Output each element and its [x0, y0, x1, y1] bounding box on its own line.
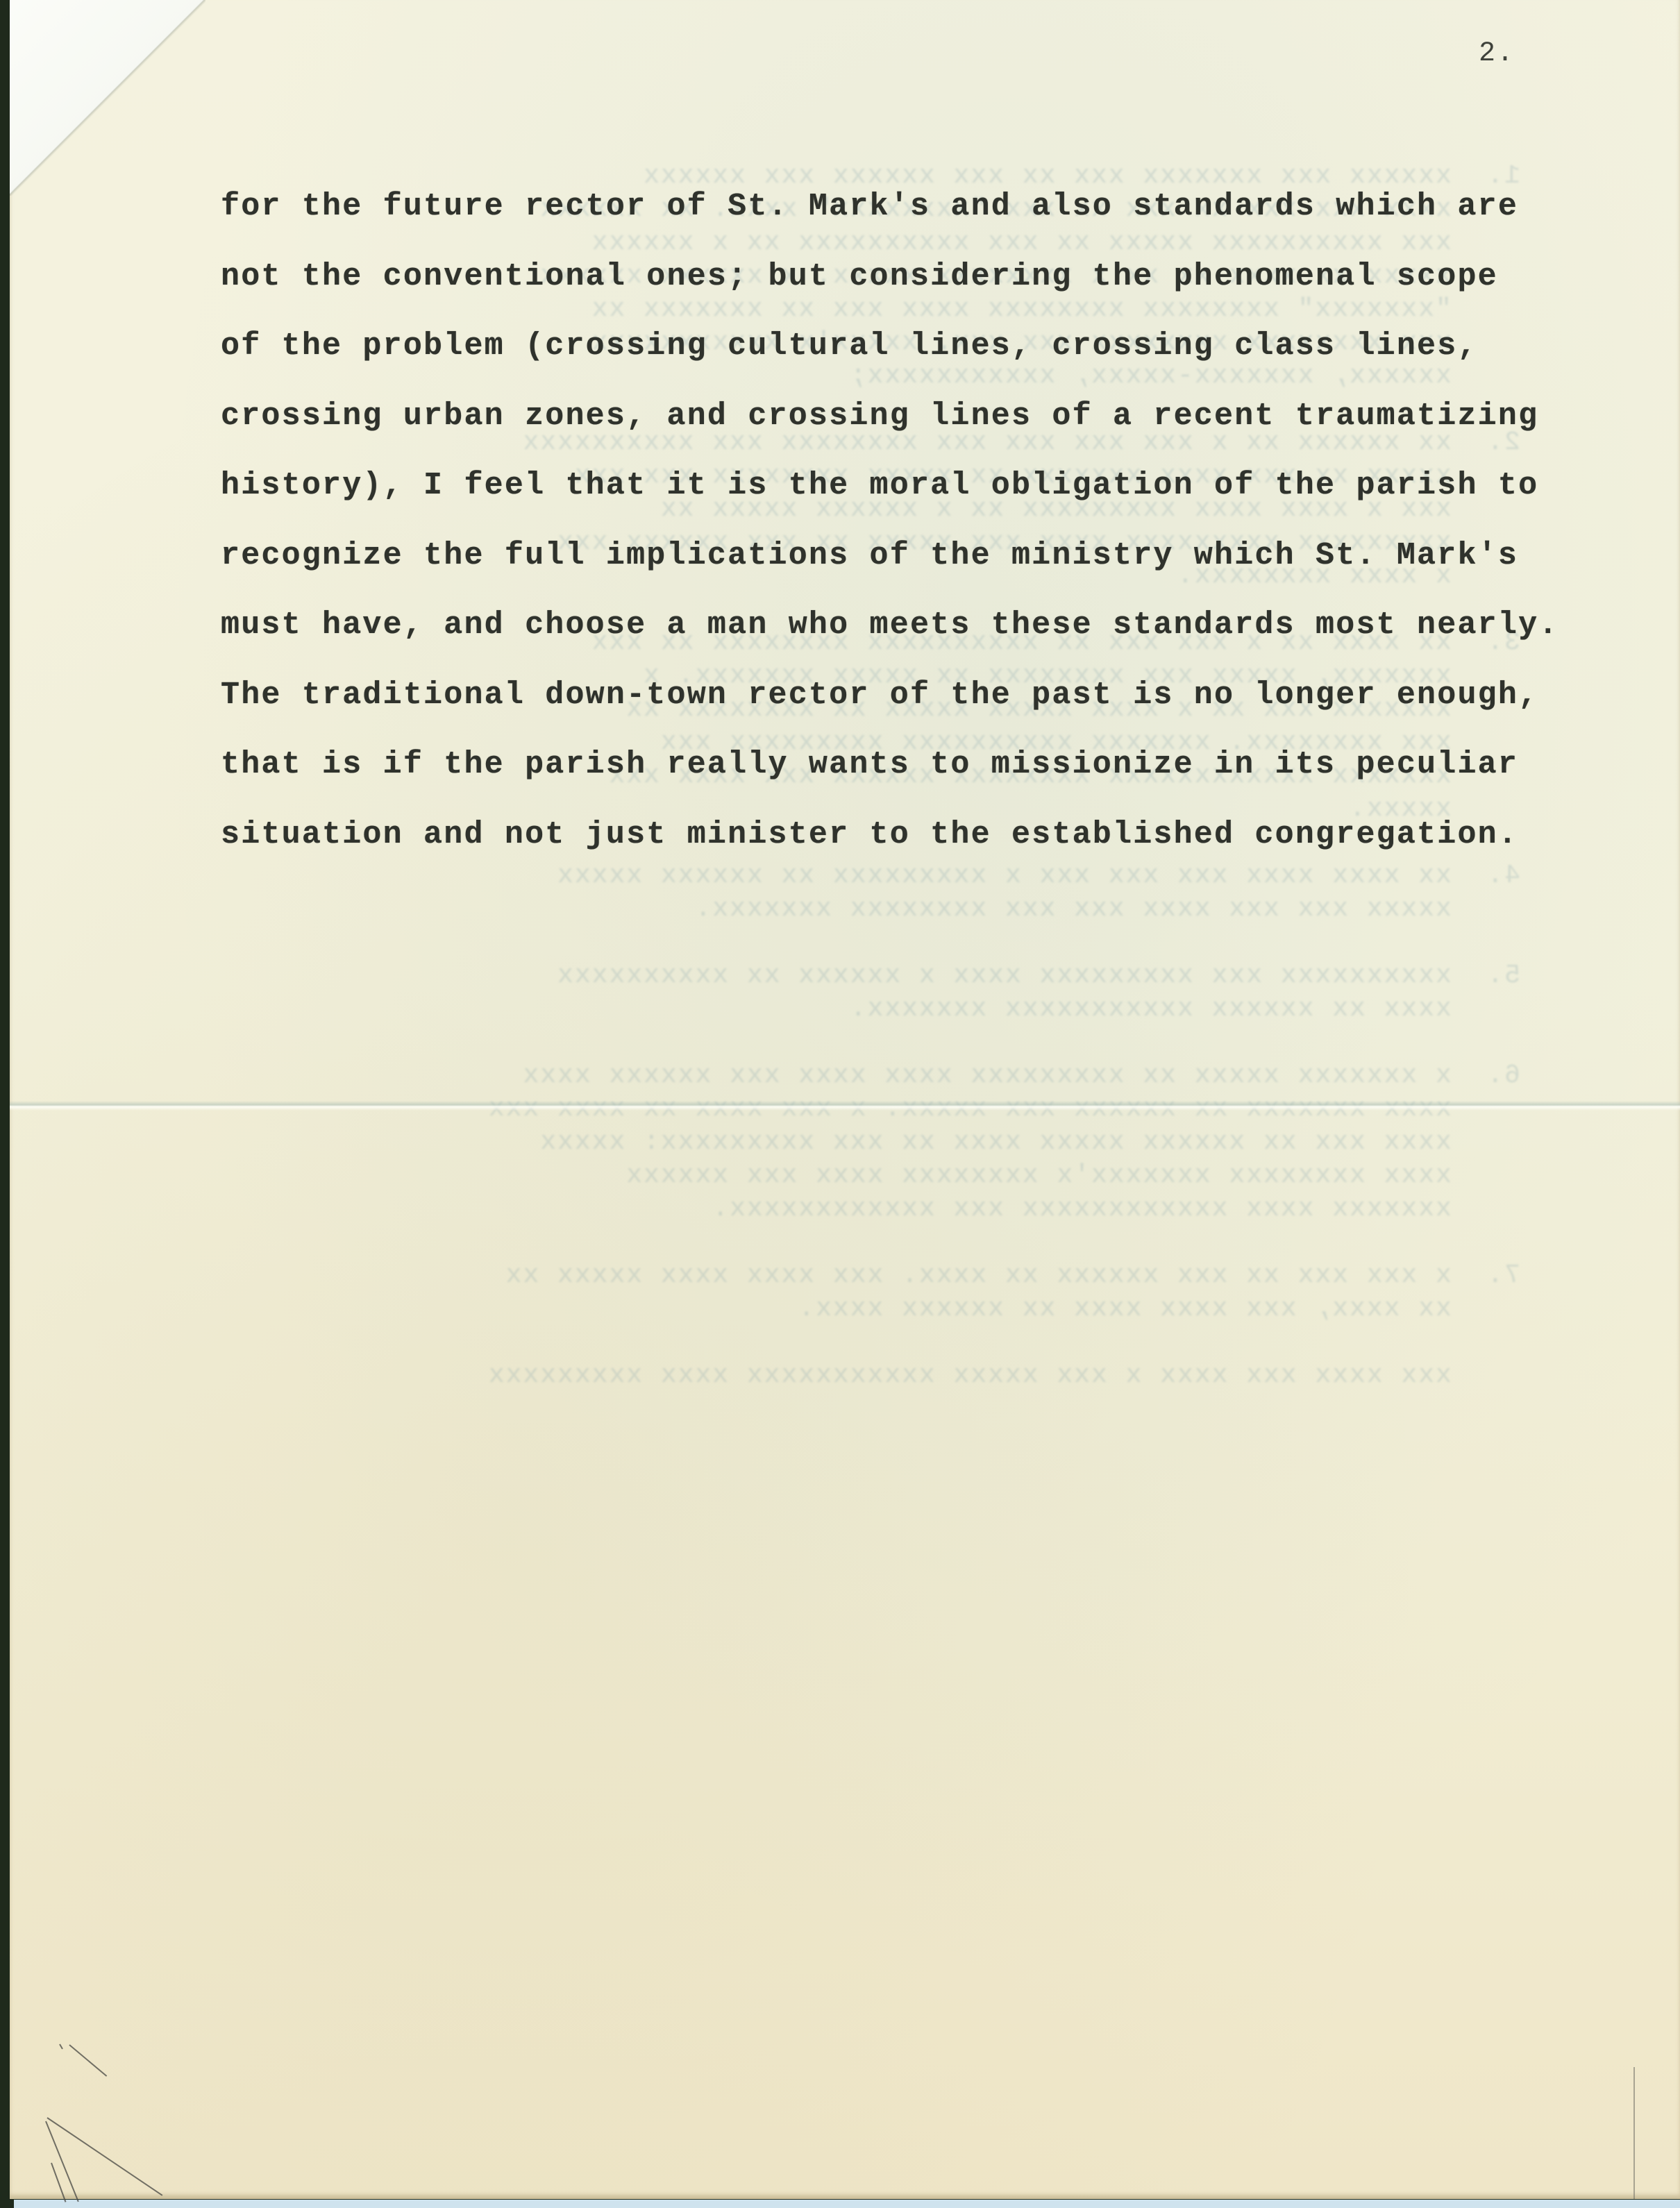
text-line: of the problem (crossing cultural lines,… [221, 312, 1609, 382]
text-line: history), I feel that it is the moral ob… [221, 451, 1609, 521]
text-line: recognize the full implications of the m… [221, 521, 1609, 591]
text-line: must have, and choose a man who meets th… [221, 591, 1609, 661]
body-paragraph: for the future rector of St. Mark's and … [221, 172, 1609, 870]
text-line: crossing urban zones, and crossing lines… [221, 382, 1609, 452]
text-line: The traditional down-town rector of the … [221, 661, 1609, 731]
paper-fold-crease [10, 1101, 1680, 1111]
text-line: not the conventional ones; but consideri… [221, 242, 1609, 312]
pencil-mark [1633, 2067, 1635, 2199]
text-line: situation and not just minister to the e… [221, 800, 1609, 870]
scanner-bottom-strip [14, 2200, 1680, 2208]
page-number: 2. [1479, 38, 1515, 69]
text-line: for the future rector of St. Mark's and … [221, 172, 1609, 242]
text-line: that is if the parish really wants to mi… [221, 730, 1609, 800]
